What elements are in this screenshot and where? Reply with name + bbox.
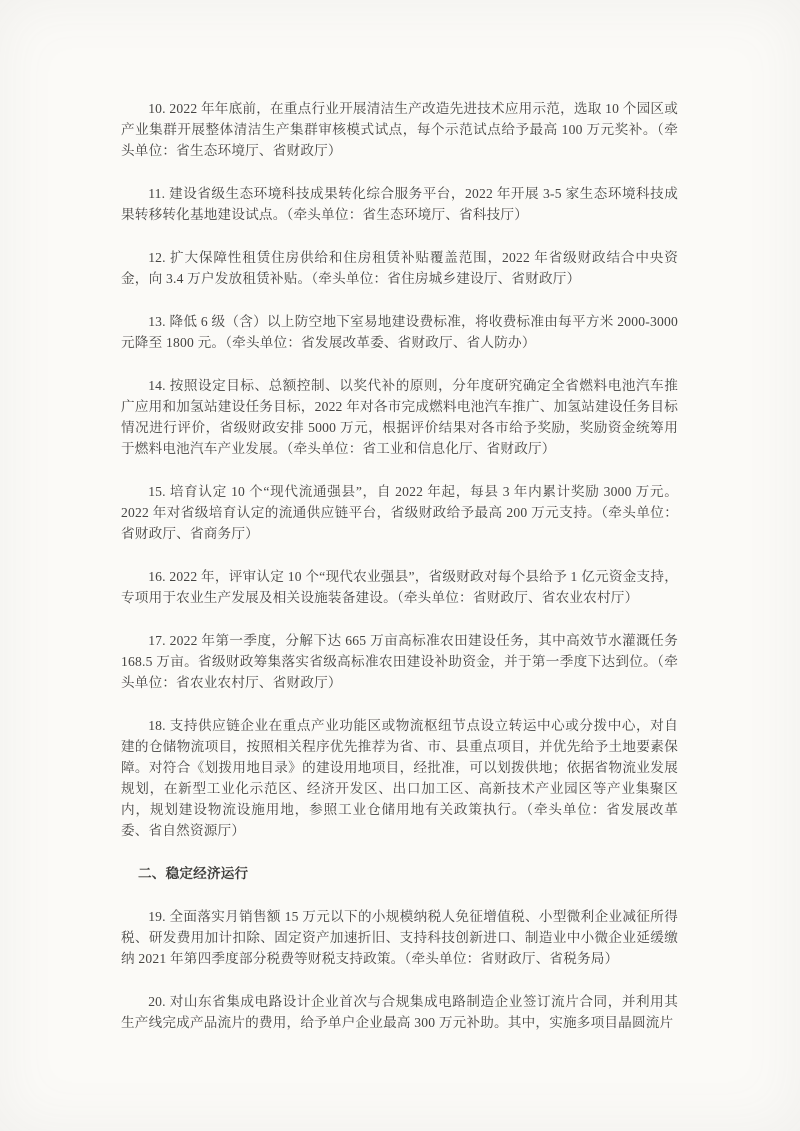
paragraph-item-11: 11. 建设省级生态环境科技成果转化综合服务平台，2022 年开展 3-5 家生… <box>121 183 678 225</box>
paragraph-item-18: 18. 支持供应链企业在重点产业功能区或物流枢纽节点设立转运中心或分拨中心，对自… <box>121 715 678 841</box>
paragraph-item-10: 10. 2022 年年底前，在重点行业开展清洁生产改造先进技术应用示范，选取 1… <box>121 98 678 161</box>
paragraph-item-15: 15. 培育认定 10 个“现代流通强县”，自 2022 年起，每县 3 年内累… <box>121 481 678 544</box>
paragraph-item-16: 16. 2022 年，评审认定 10 个“现代农业强县”，省级财政对每个县给予 … <box>121 566 678 608</box>
paragraph-item-12: 12. 扩大保障性租赁住房供给和住房租赁补贴覆盖范围，2022 年省级财政结合中… <box>121 247 678 289</box>
paragraph-item-19: 19. 全面落实月销售额 15 万元以下的小规模纳税人免征增值税、小型微利企业减… <box>121 906 678 969</box>
paragraph-item-14: 14. 按照设定目标、总额控制、以奖代补的原则，分年度研究确定全省燃料电池汽车推… <box>121 375 678 459</box>
paragraph-item-13: 13. 降低 6 级（含）以上防空地下室易地建设费标准，将收费标准由每平方米 2… <box>121 311 678 353</box>
paragraph-item-17: 17. 2022 年第一季度，分解下达 665 万亩高标准农田建设任务，其中高效… <box>121 630 678 693</box>
document-body: 10. 2022 年年底前，在重点行业开展清洁生产改造先进技术应用示范，选取 1… <box>121 98 678 1033</box>
section-heading: 二、稳定经济运行 <box>121 863 678 884</box>
paragraph-item-20: 20. 对山东省集成电路设计企业首次与合规集成电路制造企业签订流片合同，并利用其… <box>121 991 678 1033</box>
document-page: 10. 2022 年年底前，在重点行业开展清洁生产改造先进技术应用示范，选取 1… <box>0 0 800 1131</box>
